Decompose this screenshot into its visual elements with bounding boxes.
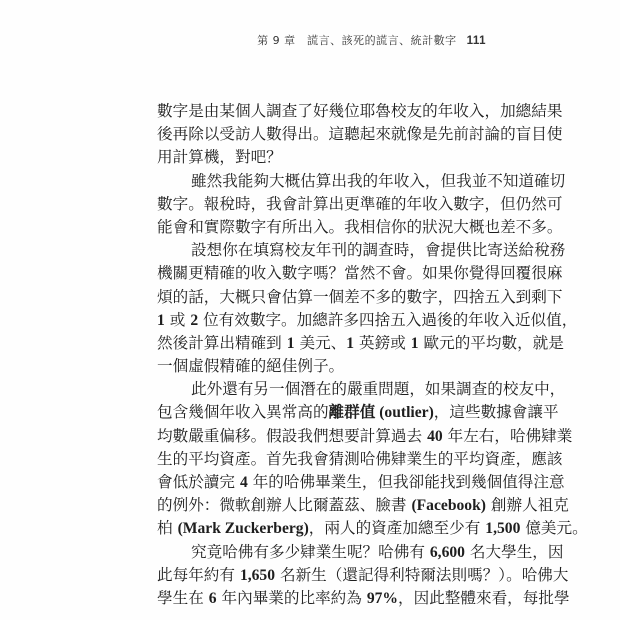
text-run: 位有效數字。加總許多四捨五入過後的年收入近似值， (198, 311, 577, 329)
number: 97% (367, 590, 398, 607)
text-run: 美元、 (295, 334, 347, 352)
text-run: 創辦人祖克 (486, 496, 569, 514)
text-line: 此每年約有 1,650 名新生（還記得利特爾法則嗎？）。哈佛大 (157, 564, 467, 587)
number: 2 (190, 312, 198, 329)
number: 6,600 (430, 544, 465, 561)
body-text: 數字是由某個人調查了好幾位耶魯校友的年收入，加總結果 後再除以受訪人數得出。這聽… (157, 100, 467, 610)
text-run: 然後計算出精確到 (157, 334, 287, 352)
text-run: 年左右，哈佛肄業 (443, 427, 573, 445)
text-line: 包含幾個年收入異常高的離群值 (outlier)，這些數據會讓平 (157, 401, 467, 424)
text-line: 會低於讀完 4 年的哈佛畢業生，但我卻能找到幾個值得注意 (157, 471, 467, 494)
number: 1 (157, 312, 165, 329)
proper-noun: (Facebook) (411, 497, 486, 514)
text-run: 英鎊或 (354, 334, 411, 352)
text-line: 然後計算出精確到 1 美元、1 英鎊或 1 歐元的平均數，就是 (157, 332, 467, 355)
number: 1 (411, 335, 419, 352)
number: 1 (287, 335, 295, 352)
text-run: 的例外：微軟創辦人比爾蓋茲、臉書 (157, 496, 411, 514)
number: 4 (240, 474, 248, 491)
number: 40 (427, 428, 443, 445)
text-line: 用計算機，對吧？ (157, 146, 467, 169)
text-run: ，兩人的資產加總至少有 (309, 519, 486, 537)
number: 1,500 (485, 520, 520, 537)
book-page: 第 9 章 謊言、該死的謊言、統計數字111 數字是由某個人調查了好幾位耶魯校友… (0, 0, 620, 620)
text-line: 的例外：微軟創辦人比爾蓋茲、臉書 (Facebook) 創辦人祖克 (157, 494, 467, 517)
text-line: 能會和實際數字有所出入。我相信你的狀況大概也差不多。 (157, 216, 467, 239)
text-line: 柏 (Mark Zuckerberg)，兩人的資產加總至少有 1,500 億美元… (157, 517, 467, 540)
text-line: 煩的話，大概只會估算一個差不多的數字，四捨五入到剩下 (157, 286, 467, 309)
text-line: 後再除以受訪人數得出。這聽起來就像是先前討論的盲目使 (157, 123, 467, 146)
text-run: 歐元的平均數，就是 (419, 334, 564, 352)
text-run: 學生在 (157, 589, 209, 607)
text-line: 設想你在填寫校友年刊的調查時，會提供比寄送給稅務 (157, 239, 467, 262)
text-run: 究竟哈佛有多少肄業生呢？哈佛有 (191, 543, 430, 561)
text-line: 究竟哈佛有多少肄業生呢？哈佛有 6,600 名大學生，因 (157, 541, 467, 564)
text-run: ，因此整體來看，每批學 (398, 589, 570, 607)
text-run: 此每年約有 (157, 566, 240, 584)
text-line: 1 或 2 位有效數字。加總許多四捨五入過後的年收入近似值， (157, 309, 467, 332)
text-run: 名大學生，因 (465, 543, 564, 561)
text-run: 年內畢業的比率約為 (217, 589, 367, 607)
text-run: 均數嚴重偏移。假設我們想要計算過去 (157, 427, 427, 445)
proper-noun: (Mark Zuckerberg) (178, 520, 309, 537)
chapter-title: 第 9 章 謊言、該死的謊言、統計數字 (257, 34, 457, 47)
text-line: 此外還有另一個潛在的嚴重問題，如果調查的校友中， (157, 378, 467, 401)
running-head: 第 9 章 謊言、該死的謊言、統計數字111 (257, 32, 486, 48)
text-run: 柏 (157, 519, 178, 537)
text-line: 均數嚴重偏移。假設我們想要計算過去 40 年左右，哈佛肄業 (157, 425, 467, 448)
text-run: 包含幾個年收入異常高的 (157, 403, 329, 421)
text-run: ，這些數據會讓平 (434, 403, 559, 421)
text-line: 數字是由某個人調查了好幾位耶魯校友的年收入，加總結果 (157, 100, 467, 123)
number: 1,650 (240, 567, 275, 584)
text-run: 會低於讀完 (157, 473, 240, 491)
text-run: 年的哈佛畢業生，但我卻能找到幾個值得注意 (248, 473, 565, 491)
text-run: 億美元。 (520, 519, 587, 537)
text-line: 學生在 6 年內畢業的比率約為 97%，因此整體來看，每批學 (157, 587, 467, 610)
number: 1 (346, 335, 354, 352)
text-line: 生的平均資產。首先我會猜測哈佛肄業生的平均資產，應該 (157, 448, 467, 471)
text-run: 名新生（還記得利特爾法則嗎？）。哈佛大 (275, 566, 568, 584)
text-line: 一個虛假精確的絕佳例子。 (157, 355, 467, 378)
page-number: 111 (467, 35, 486, 47)
text-line: 機關更精確的收入數字嗎？當然不會。如果你覺得回覆很麻 (157, 262, 467, 285)
key-term-outlier: 離群值 (outlier) (329, 404, 434, 421)
text-run: 或 (165, 311, 191, 329)
number: 6 (209, 590, 217, 607)
text-line: 雖然我能夠大概估算出我的年收入，但我並不知道確切 (157, 170, 467, 193)
text-line: 數字。報稅時，我會計算出更準確的年收入數字，但仍然可 (157, 193, 467, 216)
